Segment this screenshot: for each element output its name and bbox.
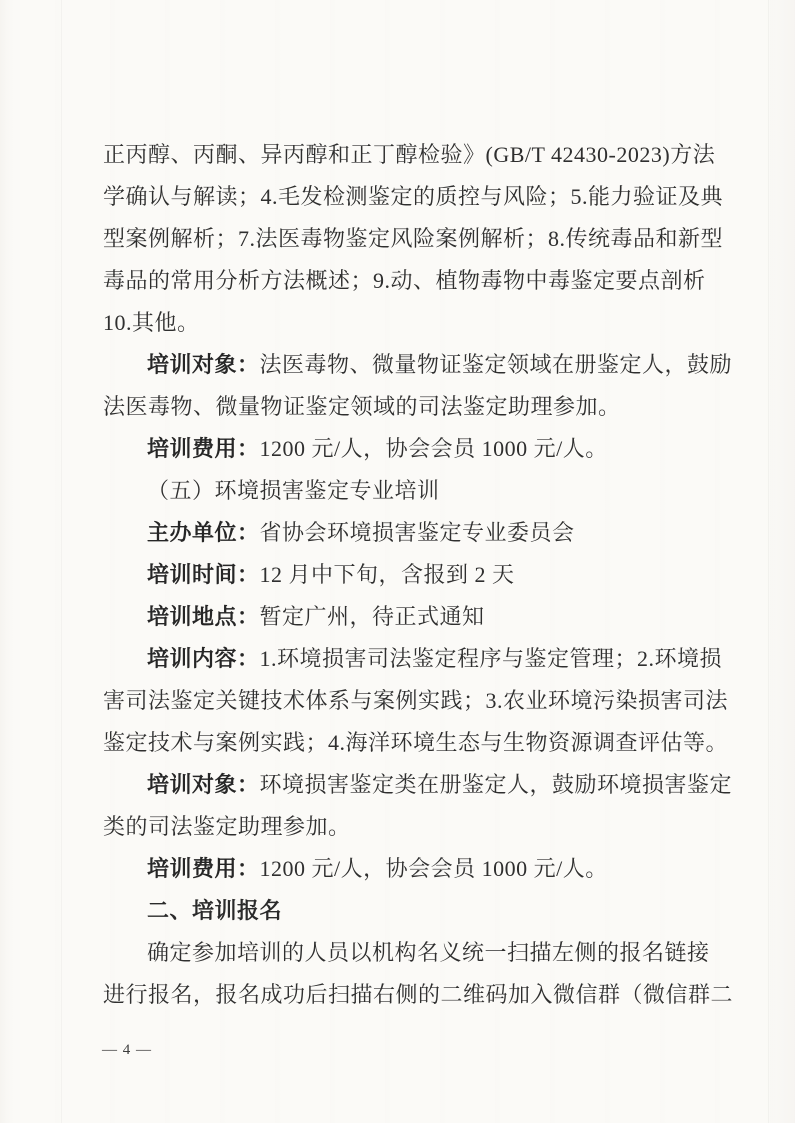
paragraph-text: 正丙醇、丙酮、异丙醇和正丁醇检验》(GB/T 42430-2023)方法 学确认… bbox=[103, 142, 723, 335]
paragraph-label: 培训费用： bbox=[147, 856, 260, 881]
paragraph-label: 培训费用： bbox=[147, 436, 260, 461]
paragraph-text: 省协会环境损害鉴定专业委员会 bbox=[260, 520, 575, 545]
paragraph-label: 培训时间： bbox=[147, 562, 260, 587]
paragraph-text: 暂定广州，待正式通知 bbox=[260, 604, 485, 629]
page-number: — 4 — bbox=[102, 1042, 152, 1059]
paragraph-text: （五）环境损害鉴定专业培训 bbox=[147, 478, 440, 503]
para-training-fee-environment: 培训费用：1200 元/人，协会会员 1000 元/人。 bbox=[103, 848, 763, 890]
paragraph-label: 培训对象： bbox=[147, 352, 260, 377]
para-training-target-toxicology: 培训对象：法医毒物、微量物证鉴定领域在册鉴定人，鼓励 法医毒物、微量物证鉴定领域… bbox=[103, 344, 763, 428]
paragraph-label: 主办单位： bbox=[147, 520, 260, 545]
paragraph-label: 二、培训报名 bbox=[147, 898, 282, 923]
para-organizer: 主办单位：省协会环境损害鉴定专业委员会 bbox=[103, 512, 763, 554]
para-training-location: 培训地点：暂定广州，待正式通知 bbox=[103, 596, 763, 638]
scan-seam-right bbox=[768, 0, 769, 1123]
para-training-target-environment: 培训对象：环境损害鉴定类在册鉴定人，鼓励环境损害鉴定 类的司法鉴定助理参加。 bbox=[103, 764, 763, 848]
paragraph-label: 培训内容： bbox=[147, 646, 260, 671]
para-training-content-environment: 培训内容：1.环境损害司法鉴定程序与鉴定管理；2.环境损 害司法鉴定关键技术体系… bbox=[103, 638, 763, 764]
paragraph-text: 12 月中下旬，含报到 2 天 bbox=[260, 562, 515, 587]
scan-seam-left bbox=[61, 0, 62, 1123]
paragraph-text: 确定参加培训的人员以机构名义统一扫描左侧的报名链接 进行报名，报名成功后扫描右侧… bbox=[103, 940, 733, 1007]
heading-section-five: （五）环境损害鉴定专业培训 bbox=[103, 470, 763, 512]
document-body: 正丙醇、丙酮、异丙醇和正丁醇检验》(GB/T 42430-2023)方法 学确认… bbox=[103, 134, 763, 1016]
para-training-time: 培训时间：12 月中下旬，含报到 2 天 bbox=[103, 554, 763, 596]
paragraph-text: 1200 元/人，协会会员 1000 元/人。 bbox=[260, 436, 608, 461]
para-training-content-continued: 正丙醇、丙酮、异丙醇和正丁醇检验》(GB/T 42430-2023)方法 学确认… bbox=[103, 134, 763, 344]
paragraph-label: 培训地点： bbox=[147, 604, 260, 629]
para-training-fee-toxicology: 培训费用：1200 元/人，协会会员 1000 元/人。 bbox=[103, 428, 763, 470]
heading-training-registration: 二、培训报名 bbox=[103, 890, 763, 932]
paragraph-label: 培训对象： bbox=[147, 772, 260, 797]
document-page: 正丙醇、丙酮、异丙醇和正丁醇检验》(GB/T 42430-2023)方法 学确认… bbox=[0, 0, 795, 1123]
paragraph-text: 1200 元/人，协会会员 1000 元/人。 bbox=[260, 856, 608, 881]
para-registration-instructions: 确定参加培训的人员以机构名义统一扫描左侧的报名链接 进行报名，报名成功后扫描右侧… bbox=[103, 932, 763, 1016]
